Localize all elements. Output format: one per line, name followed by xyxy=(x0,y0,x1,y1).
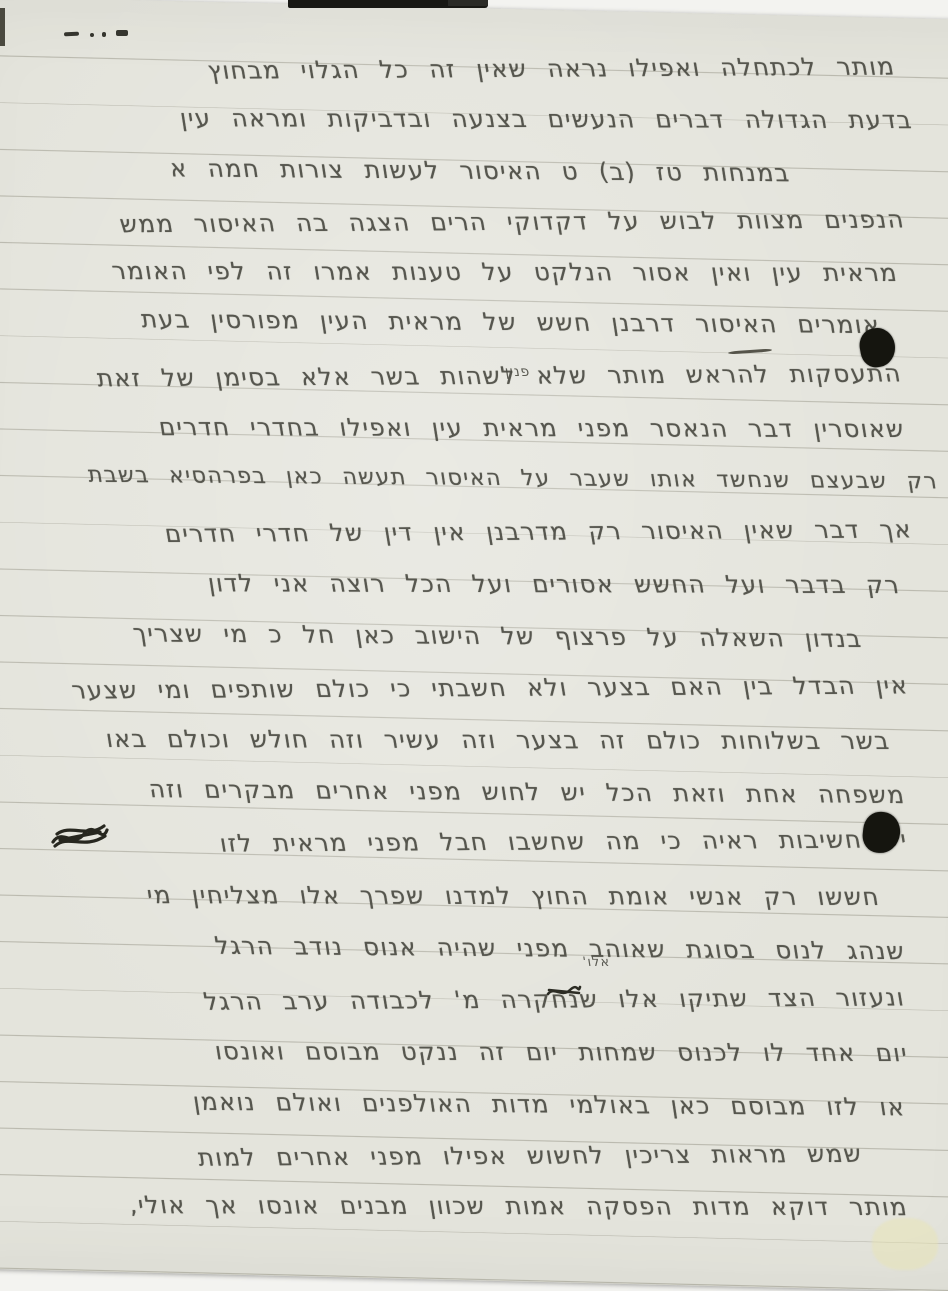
handwritten-line: מותר לכתחלה ואפילו נראה שאין זה כל הגלוי… xyxy=(100,53,895,98)
scribble-strikeout-mid xyxy=(546,982,582,1000)
handwritten-line: משפחה אחת וזאת הכל יש לחוש מפני אחרים מב… xyxy=(118,775,905,821)
handwritten-line: חששו רק אנשי אומת החוץ למדנו שפרך אלו מצ… xyxy=(95,881,880,923)
handwritten-line: יש חשיבות ראיה כי מה שחשבו חבל מפני מראי… xyxy=(58,825,908,870)
handwritten-line: מראית עין ואין אסור הנלקט על טענות אמרו … xyxy=(70,257,898,299)
scribble-strikeout-left xyxy=(50,820,110,852)
handwritten-line: ונעזור הצד שתיקו אלו שנחקרה מ' לכבודה ער… xyxy=(60,983,905,1028)
handwritten-line: או לזו מבוסם כאן באולמי מדות האולפנים וא… xyxy=(55,1087,905,1134)
interlinear-word-top: פנין xyxy=(505,364,530,380)
handwritten-line: בדעת הגדולה דברים הנעשים בצנעה ובדביקות … xyxy=(72,104,912,146)
handwritten-line: בשר בשלוחות כולם זה בצער וזה עשיר וזה חו… xyxy=(95,725,890,767)
handwritten-line: רק שבעצם שנחשד אותו שעבר על האיסור תעשה … xyxy=(70,463,938,510)
interlinear-word-bottom: אלו' xyxy=(583,955,610,970)
handwritten-line: מותר דוקא מדות הפסקה אמות שכוון מבנים או… xyxy=(36,1191,908,1233)
left-edge-mark xyxy=(0,8,5,46)
handwritten-line: שנהג לנוס בסוגת שאוהב מפני שהיה אנוס נוד… xyxy=(85,931,905,977)
handwritten-line: במנחות טז (ב) ט האיסור לעשות צורות חמה א xyxy=(225,155,790,199)
handwritten-line: שמש מראות צריכין לחשוש אפילו מפני אחרים … xyxy=(118,1140,862,1185)
handwritten-line: אין הבדל בין האם בצער ולא חשבתי כי כולם … xyxy=(68,671,908,716)
handwritten-line: הנפנים מצוות לבוש על דקדוקי הרים הצגה בה… xyxy=(72,205,905,250)
scanned-manuscript-page: { "manuscript": { "description_label": "… xyxy=(0,0,948,1291)
handwritten-line: בנדון השאלה על פרצוף של הישוב כאן חל כ מ… xyxy=(95,619,862,665)
handwritten-line: התעסקות להראש מותר שלא לשהות בשר אלא בסי… xyxy=(66,359,902,404)
pen-dash-marks xyxy=(64,28,134,40)
handwritten-line: שאוסרין דבר הנאסר מפני מראית עין ואפילו … xyxy=(85,413,905,455)
handwritten-line: אך דבר שאין האיסור רק מדרבנן אין דין של … xyxy=(66,515,912,560)
handwritten-line: רק בדבר ועל החשש אסורים ועל הכל רוצה אני… xyxy=(58,569,900,611)
handwritten-line: אומרים האיסור דרבנן חשש של מראית העין מפ… xyxy=(105,305,880,351)
handwriting-layer: מותר לכתחלה ואפילו נראה שאין זה כל הגלוי… xyxy=(0,0,948,1291)
scan-artifact-notch xyxy=(448,0,488,6)
handwritten-line: יום אחד לו לכנוס שמחות יום זה ננקט מבוסם… xyxy=(66,1037,908,1079)
